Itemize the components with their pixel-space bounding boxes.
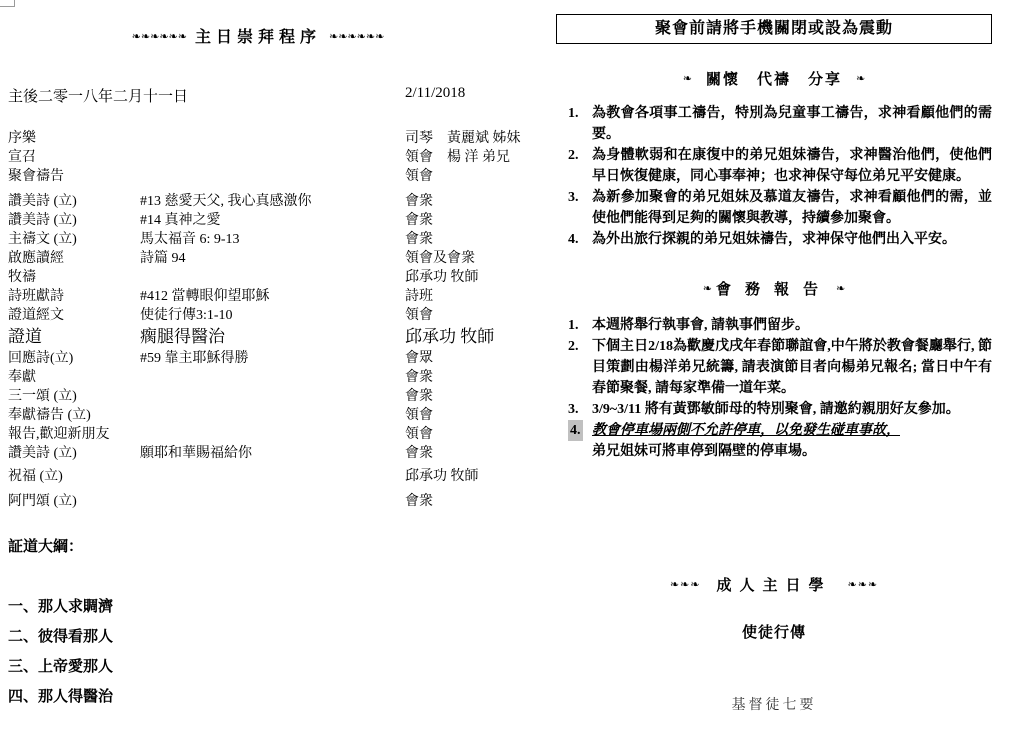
report-header-text: 會務報告 <box>716 282 832 298</box>
care-list-item: 4.為外出旅行探親的弟兄姐妹禱告，求神保守他們出入平安。 <box>556 229 992 250</box>
program-item-leader: 領會 <box>405 406 508 425</box>
fleuron-ornament-left: ❧ <box>683 72 692 85</box>
program-item-label: 三一頌 (立) <box>8 387 140 406</box>
outline-item: 一、那人求賙濟 <box>8 592 508 622</box>
report-item-emphasis-line: 教會停車場兩側不允許停車，以免發生碰車事故， <box>592 423 900 438</box>
program-item-content <box>140 387 405 406</box>
program-row: 三一頌 (立)會衆 <box>8 387 508 406</box>
page-title-text: 主日崇拜程序 <box>195 29 321 46</box>
date-row: 主後二零一八年二月十一日 2/11/2018 <box>8 85 508 105</box>
program-row: 阿門頌 (立)會衆 <box>8 492 508 511</box>
program-row: 讚美詩 (立)願耶和華賜福給你會衆 <box>8 444 508 463</box>
program-item-label: 序樂 <box>8 129 140 148</box>
program-item-leader: 會眾 <box>405 349 508 368</box>
program-item-content: 馬太福音 6: 9-13 <box>140 230 405 249</box>
list-number: 2. <box>568 336 579 357</box>
program-item-content: 願耶和華賜福給你 <box>140 444 405 463</box>
care-list-item: 3.為新參加聚會的弟兄姐妹及慕道友禱告，求神看顧他們的需，並使他們能得到足夠的關… <box>556 187 992 229</box>
outline-item: 四、那人得醫治 <box>8 682 508 712</box>
program-item-leader: 邱承功 牧師 <box>405 325 508 349</box>
school-header-text: 成人主日學 <box>716 578 831 594</box>
care-item-text: 為外出旅行探親的弟兄姐妹禱告，求神保守他們出入平安。 <box>592 232 956 247</box>
program-row: 祝福 (立)邱承功 牧師 <box>8 467 508 486</box>
church-affairs-header: ❧會務報告❧ <box>556 278 992 299</box>
program-row: 讚美詩 (立)#14 真神之愛會衆 <box>8 211 508 230</box>
program-item-label: 報告,歡迎新朋友 <box>8 425 140 444</box>
sunday-school-topic: 使徒行傳 <box>556 621 992 642</box>
phone-notice-box: 聚會前請將手機關閉或設為震動 <box>556 14 992 44</box>
program-row: 主禱文 (立)馬太福音 6: 9-13會衆 <box>8 230 508 249</box>
list-number: 3. <box>568 399 579 420</box>
program-row: 證道瘸腿得醫治邱承功 牧師 <box>8 325 508 349</box>
program-item-label: 祝福 (立) <box>8 467 140 486</box>
program-item-content: #14 真神之愛 <box>140 211 405 230</box>
report-list-item: 3.3/9~3/11 將有黃鄧敏師母的特別聚會, 請邀約親朋好友參加。 <box>556 399 992 420</box>
list-number: 3. <box>568 187 579 208</box>
church-affairs-list: 1.本週將舉行執事會, 請執事們留步。2.下個主日2/18為歡慶戊戌年春節聯誼會… <box>556 315 992 462</box>
program-item-label: 證道 <box>8 325 140 349</box>
care-prayer-list: 1.為教會各項事工禱告，特別為兒童事工禱告，求神看顧他們的需要。2.為身體軟弱和… <box>556 103 992 250</box>
care-prayer-share-header: ❧關懷 代禱 分享❧ <box>556 68 992 89</box>
program-item-content <box>140 129 405 148</box>
program-row: 詩班獻詩#412 當轉眼仰望耶穌詩班 <box>8 287 508 306</box>
program-item-content: 詩篇 94 <box>140 249 405 268</box>
program-item-content: 瘸腿得醫治 <box>140 325 405 349</box>
fleuron-ornament-left: ❧❧❧❧❧❧ <box>132 30 187 43</box>
program-item-content <box>140 492 405 511</box>
program-row: 回應詩(立)#59 靠主耶穌得勝會眾 <box>8 349 508 368</box>
care-item-text: 為教會各項事工禱告，特別為兒童事工禱告，求神看顧他們的需要。 <box>592 106 992 142</box>
fleuron-ornament-right: ❧ <box>836 282 845 295</box>
program-item-label: 奉獻 <box>8 368 140 387</box>
program-row: 證道經文使徒行傳3:1-10領會 <box>8 306 508 325</box>
announcements-column: 聚會前請將手機關閉或設為震動 ❧關懷 代禱 分享❧ 1.為教會各項事工禱告，特別… <box>556 14 992 714</box>
program-item-leader: 領會及會衆 <box>405 249 508 268</box>
program-item-leader: 領會 <box>405 306 508 325</box>
report-item-text: 弟兄姐妹可將車停到隔壁的停車場。 <box>592 444 816 459</box>
fleuron-ornament-left: ❧ <box>703 282 712 295</box>
program-item-label: 奉獻禱告 (立) <box>8 406 140 425</box>
adult-sunday-school-header: ❧❧❧成人主日學❧❧❧ <box>556 574 992 595</box>
program-row: 啟應讀經詩篇 94領會及會衆 <box>8 249 508 268</box>
care-item-text: 為新參加聚會的弟兄姐妹及慕道友禱告，求神看顧他們的需，並使他們能得到足夠的關懷與… <box>592 190 992 226</box>
outline-item: 二、彼得看那人 <box>8 622 508 652</box>
program-item-label: 宣召 <box>8 148 140 167</box>
program-item-content <box>140 368 405 387</box>
program-item-label: 證道經文 <box>8 306 140 325</box>
list-number: 4. <box>568 420 583 441</box>
program-item-leader: 會衆 <box>405 444 508 463</box>
program-item-label: 讚美詩 (立) <box>8 192 140 211</box>
program-item-label: 聚會禱告 <box>8 167 140 186</box>
report-item-text: 本週將舉行執事會, 請執事們留步。 <box>592 318 809 333</box>
footer-note: 基督徒七要 <box>556 694 992 714</box>
list-number: 1. <box>568 315 579 336</box>
fleuron-ornament-left: ❧❧❧ <box>670 578 701 591</box>
program-item-label: 讚美詩 (立) <box>8 444 140 463</box>
report-list-item: 4.教會停車場兩側不允許停車，以免發生碰車事故，弟兄姐妹可將車停到隔壁的停車場。 <box>556 420 992 462</box>
program-row: 讚美詩 (立)#13 慈愛天父, 我心真感激你會衆 <box>8 192 508 211</box>
care-list-item: 2.為身體軟弱和在康復中的弟兄姐妹禱告，求神醫治他們，使他們早日恢復健康，同心事… <box>556 145 992 187</box>
program-row: 牧禱邱承功 牧師 <box>8 268 508 287</box>
program-item-label: 主禱文 (立) <box>8 230 140 249</box>
program-item-leader: 司琴 黃麗斌 姊妹 <box>405 129 521 148</box>
report-item-text: 3/9~3/11 將有黃鄧敏師母的特別聚會, 請邀約親朋好友參加。 <box>592 402 960 417</box>
program-item-leader: 會衆 <box>405 492 508 511</box>
program-row: 奉獻禱告 (立)領會 <box>8 406 508 425</box>
date-numeric: 2/11/2018 <box>405 85 465 102</box>
program-row: 報告,歡迎新朋友領會 <box>8 425 508 444</box>
program-item-leader: 領會 <box>405 167 508 186</box>
program-item-label: 啟應讀經 <box>8 249 140 268</box>
report-list-item: 1.本週將舉行執事會, 請執事們留步。 <box>556 315 992 336</box>
program-item-content <box>140 406 405 425</box>
list-number: 2. <box>568 145 579 166</box>
program-item-leader: 會衆 <box>405 387 508 406</box>
date-chinese: 主後二零一八年二月十一日 <box>8 89 188 105</box>
program-item-leader: 會衆 <box>405 192 508 211</box>
program-row: 聚會禱告領會 <box>8 167 508 186</box>
care-header-text: 關懷 代禱 分享 <box>706 72 842 88</box>
fleuron-ornament-right: ❧❧❧ <box>848 578 879 591</box>
list-number: 1. <box>568 103 579 124</box>
worship-program-column: ❧❧❧❧❧❧主日崇拜程序❧❧❧❧❧❧ 主後二零一八年二月十一日 2/11/201… <box>8 0 508 712</box>
program-item-content: #412 當轉眼仰望耶穌 <box>140 287 405 306</box>
program-item-leader: 會衆 <box>405 230 508 249</box>
program-item-label: 詩班獻詩 <box>8 287 140 306</box>
report-list-item: 2.下個主日2/18為歡慶戊戌年春節聯誼會,中午將於教會餐廳舉行, 節目策劃由楊… <box>556 336 992 399</box>
program-table: 序樂司琴 黃麗斌 姊妹宣召領會 楊 洋 弟兄聚會禱告領會讚美詩 (立)#13 慈… <box>8 129 508 511</box>
program-row: 奉獻會衆 <box>8 368 508 387</box>
program-item-content <box>140 425 405 444</box>
program-item-leader: 領會 <box>405 425 508 444</box>
program-item-content <box>140 268 405 287</box>
sermon-outline-title: 証道大綱： <box>8 535 508 556</box>
care-item-text: 為身體軟弱和在康復中的弟兄姐妹禱告，求神醫治他們，使他們早日恢復健康，同心事奉神… <box>592 148 992 184</box>
program-item-content <box>140 148 405 167</box>
program-item-label: 牧禱 <box>8 268 140 287</box>
fleuron-ornament-right: ❧❧❧❧❧❧ <box>329 30 384 43</box>
program-row: 宣召領會 楊 洋 弟兄 <box>8 148 508 167</box>
report-item-text: 下個主日2/18為歡慶戊戌年春節聯誼會,中午將於教會餐廳舉行, 節目策劃由楊洋弟… <box>592 339 992 396</box>
program-item-content: #13 慈愛天父, 我心真感激你 <box>140 192 405 211</box>
list-number: 4. <box>568 229 579 250</box>
program-item-content <box>140 167 405 186</box>
care-list-item: 1.為教會各項事工禱告，特別為兒童事工禱告，求神看顧他們的需要。 <box>556 103 992 145</box>
sermon-outline-list: 一、那人求賙濟二、彼得看那人三、上帝愛那人四、那人得醫治 <box>8 592 508 712</box>
program-item-label: 讚美詩 (立) <box>8 211 140 230</box>
program-item-label: 阿門頌 (立) <box>8 492 140 511</box>
outline-item: 三、上帝愛那人 <box>8 652 508 682</box>
program-row: 序樂司琴 黃麗斌 姊妹 <box>8 129 508 148</box>
program-item-leader: 邱承功 牧師 <box>405 467 508 486</box>
page-title: ❧❧❧❧❧❧主日崇拜程序❧❧❧❧❧❧ <box>8 24 508 47</box>
program-item-leader: 邱承功 牧師 <box>405 268 508 287</box>
program-item-leader: 會衆 <box>405 368 508 387</box>
program-item-label: 回應詩(立) <box>8 349 140 368</box>
program-item-content <box>140 467 405 486</box>
program-item-leader: 詩班 <box>405 287 508 306</box>
program-item-leader: 會衆 <box>405 211 508 230</box>
program-item-leader: 領會 楊 洋 弟兄 <box>405 148 510 167</box>
fleuron-ornament-right: ❧ <box>856 72 865 85</box>
program-item-content: 使徒行傳3:1-10 <box>140 306 405 325</box>
program-item-content: #59 靠主耶穌得勝 <box>140 349 405 368</box>
bulletin-page: { "left": { "title": { "ornament_left": … <box>0 0 1013 736</box>
